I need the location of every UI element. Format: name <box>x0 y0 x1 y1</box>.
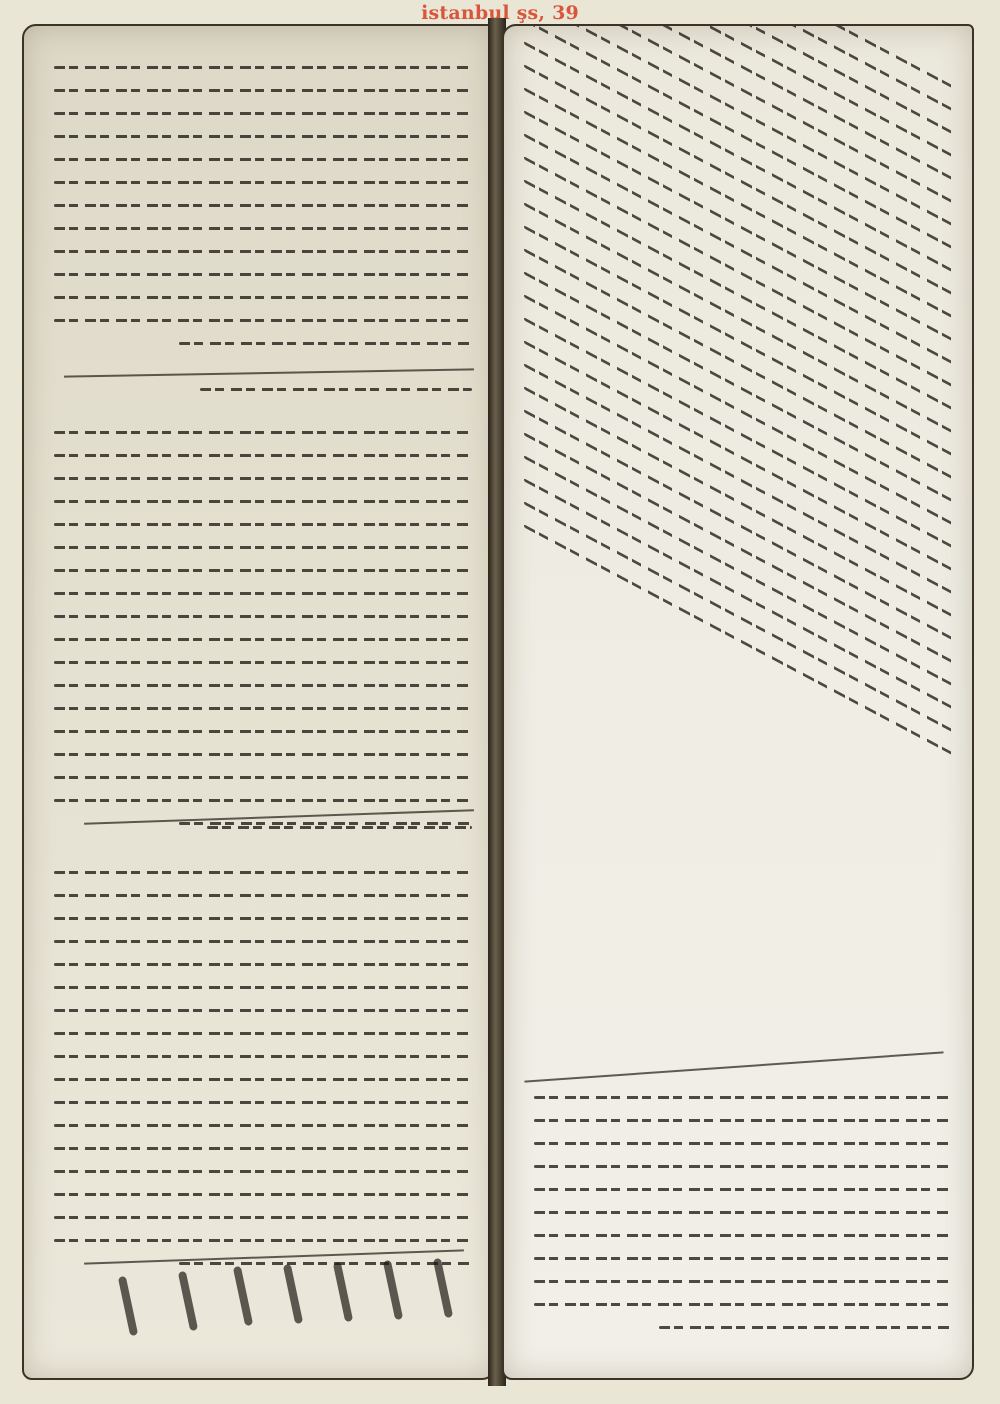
diagonal-entries <box>524 24 954 786</box>
entry-1-witnesses <box>84 388 472 411</box>
left-page: Three main entries separated by curved h… <box>22 24 496 1380</box>
entry-3-text <box>54 871 472 1285</box>
entry-divider <box>64 368 474 377</box>
entry-2-witnesses <box>94 826 472 849</box>
right-page: Multiple entries written diagonally acro… <box>502 24 974 1380</box>
lower-entry-text <box>534 1096 950 1349</box>
register-spread: Three main entries separated by curved h… <box>22 18 978 1386</box>
entry-1-text <box>54 66 472 365</box>
left-page-description: Three main entries separated by curved h… <box>24 26 25 27</box>
entry-divider <box>524 1051 943 1082</box>
entry-2-text <box>54 431 472 845</box>
